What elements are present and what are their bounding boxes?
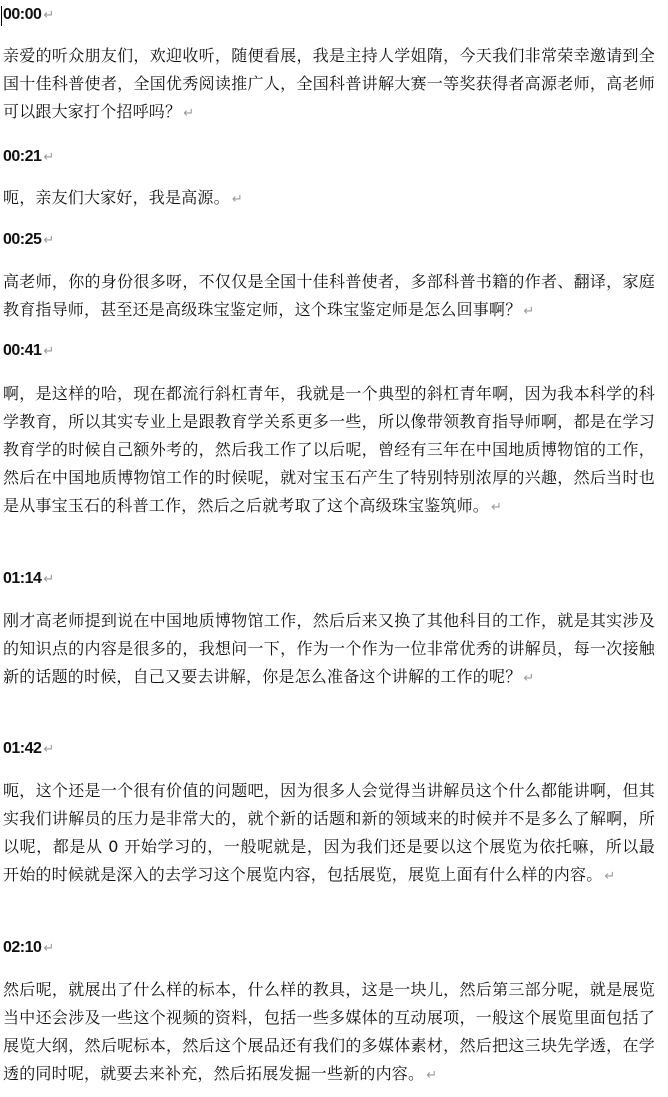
timestamp: 00:00↵ bbox=[3, 4, 655, 26]
paragraph-mark-icon: ↵ bbox=[43, 343, 53, 358]
paragraph-mark-icon: ↵ bbox=[426, 1068, 437, 1083]
paragraph-mark-icon: ↵ bbox=[43, 149, 53, 164]
transcript-paragraph: 然后呢，就展出了什么样的标本，什么样的教具，这是一块儿，然后第三部分呢，就是展览… bbox=[3, 976, 655, 1090]
paragraph-mark-icon: ↵ bbox=[523, 304, 534, 319]
transcript-paragraph: 呃，这个还是一个很有价值的问题吧，因为很多人会觉得当讲解员这个什么都能讲啊，但其… bbox=[3, 777, 655, 891]
paragraph-mark-icon: ↵ bbox=[43, 741, 53, 756]
paragraph-mark-icon: ↵ bbox=[183, 106, 194, 121]
transcript-paragraph: 刚才高老师提到说在中国地质博物馆工作，然后后来又换了其他科目的工作，就是其实涉及… bbox=[3, 607, 655, 693]
timestamp: 00:21↵ bbox=[3, 146, 54, 168]
paragraph-mark-icon: ↵ bbox=[43, 232, 53, 247]
transcript-paragraph: 啊，是这样的哈，现在都流行斜杠青年，我就是一个典型的斜杠青年啊，因为我本科学的科… bbox=[3, 380, 655, 522]
transcript-entry: 00:00↵ bbox=[3, 4, 655, 26]
paragraph-mark-icon: ↵ bbox=[604, 869, 615, 884]
transcript-paragraph: 亲爱的听众朋友们，欢迎收听，随便看展，我是主持人学姐隋，今天我们非常荣幸邀请到全… bbox=[3, 42, 655, 128]
timestamp: 00:25↵ bbox=[3, 229, 54, 251]
transcript-paragraph: 高老师，你的身份很多呀，不仅仅是全国十佳科普使者，多部科普书籍的作者、翻译，家庭… bbox=[3, 268, 655, 326]
transcript-paragraph: 呃，亲友们大家好，我是高源。↵ bbox=[3, 184, 655, 214]
timestamp: 01:14↵ bbox=[3, 568, 54, 590]
paragraph-mark-icon: ↵ bbox=[43, 940, 53, 955]
paragraph-mark-icon: ↵ bbox=[491, 500, 502, 515]
paragraph-mark-icon: ↵ bbox=[232, 192, 243, 207]
timestamp: 00:41↵ bbox=[3, 340, 54, 362]
paragraph-mark-icon: ↵ bbox=[43, 571, 53, 586]
paragraph-mark-icon: ↵ bbox=[523, 671, 534, 686]
paragraph-mark-icon: ↵ bbox=[43, 7, 53, 22]
timestamp: 02:10↵ bbox=[3, 937, 54, 959]
timestamp: 01:42↵ bbox=[3, 738, 54, 760]
text-cursor bbox=[1, 6, 2, 26]
